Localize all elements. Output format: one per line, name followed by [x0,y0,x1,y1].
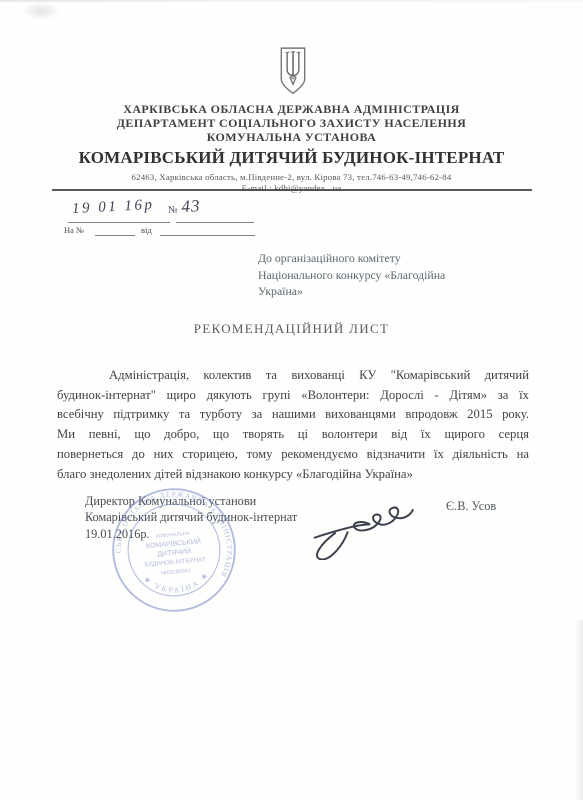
body-line: Ми певні, що добро, що творять ці волонт… [57,425,529,445]
scan-edge-artifact-right [575,620,583,800]
handwritten-date: 19 01 16р [72,197,155,218]
stamp-center-line: КОМУНАЛЬНА [156,531,191,540]
organization-email: E-mail : kdbi@yandex . ua [0,183,583,193]
body-line: благо знедолених дітей відзнакою конкурс… [57,465,529,485]
handwritten-number: № 43 [167,196,201,218]
body-line: всебічну підтримку та турботу за нашими … [57,405,529,425]
letterhead-entity-type-line: КОМУНАЛЬНА УСТАНОВА [0,130,583,144]
addressee-line: Україна» [258,283,473,300]
stamp-center-line: №03189561 [161,568,191,577]
ref-underline-1 [68,222,170,223]
number-value: 43 [181,196,201,216]
body-paragraph: Адміністрація, колектив та вихованці КУ … [57,366,529,484]
tryzub-emblem-icon [277,46,309,101]
scan-smudge [22,2,60,20]
ref-underline-3 [95,235,135,236]
on-number-label: На № [64,225,84,235]
document-title: РЕКОМЕНДАЦІЙНИЙ ЛИСТ [0,321,583,337]
body-line: будинок-інтернат" щиро дякують групі «Во… [57,386,529,406]
round-seal-stamp: ХАРКІВСЬКА ОБЛАСНА ДЕРЖАВНА АДМІНІСТРАЦІ… [105,481,244,620]
organization-name: КОМАРІВСЬКИЙ ДИТЯЧИЙ БУДИНОК-ІНТЕРНАТ [0,148,583,168]
body-line: повернеться до них сторицею, тому рекоме… [57,445,529,465]
scan-edge-artifact-top [0,0,583,2]
signer-name: Є.В. Усов [446,499,496,514]
addressee-block: До організаційного комітету Національног… [258,250,473,300]
letterhead-department-line: ДЕПАРТАМЕНТ СОЦІАЛЬНОГО ЗАХИСТУ НАСЕЛЕНН… [0,116,583,130]
number-sign: № [168,204,178,215]
letterhead-divider [52,189,532,191]
letterhead-admin-line: ХАРКІВСЬКА ОБЛАСНА ДЕРЖАВНА АДМІНІСТРАЦІ… [0,102,583,116]
organization-address: 62463, Харківська область, м.Південне-2,… [0,172,583,182]
stamp-center-line: КОМАРІВСЬКИЙ [146,536,202,550]
from-label: від [141,225,152,235]
ref-underline-2 [176,222,254,223]
letterhead: ХАРКІВСЬКА ОБЛАСНА ДЕРЖАВНА АДМІНІСТРАЦІ… [0,102,583,193]
ref-underline-4 [160,235,255,236]
addressee-line: Національного конкурсу «Благодійна [258,267,473,284]
handwritten-signature [310,502,435,565]
stamp-center-line: БУДИНОК-ІНТЕРНАТ [144,556,206,568]
addressee-line: До організаційного комітету [258,250,473,267]
body-line: Адміністрація, колектив та вихованці КУ … [57,366,529,386]
scanned-letter-page: ХАРКІВСЬКА ОБЛАСНА ДЕРЖАВНА АДМІНІСТРАЦІ… [0,0,583,800]
